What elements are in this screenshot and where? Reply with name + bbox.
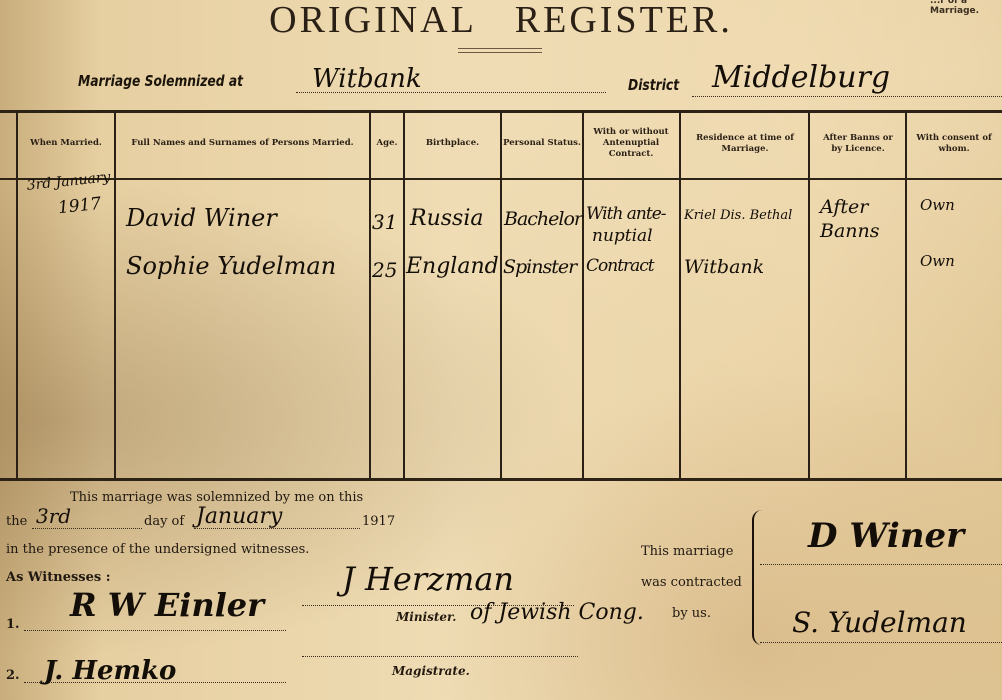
col-divider [16,110,18,480]
contracted-line-1: This marriage [641,544,733,559]
signature-brace [752,510,768,645]
bride-status: Spinster [503,256,576,278]
year-printed: 1917 [362,514,395,529]
col-header-full-names: Full Names and Surnames of Persons Marri… [116,138,369,149]
day-of-label: day of [144,514,184,529]
witness-1-number: 1. [6,617,20,632]
groom-age: 31 [372,210,397,234]
district-value: Middelburg [712,60,890,95]
groom-residence: Kriel Dis. Bethal [684,208,792,223]
groom-signature-line [760,564,1002,565]
banns-line-2: Banns [820,220,880,242]
bride-birthplace: England [406,254,499,279]
col-header-banns-licence: After Banns or by Licence. [818,133,898,155]
bride-age: 25 [372,258,397,282]
groom-birthplace: Russia [410,206,483,231]
col-divider [403,110,405,480]
col-divider [582,110,584,480]
groom-signature: D Winer [808,516,964,556]
witness-2-signature: J. Hemko [44,656,176,686]
col-header-antenuptial: With or without Antenuptial Contract. [588,127,674,160]
solemnized-at-label: Marriage Solemnized at [78,72,243,90]
day-line [32,528,142,529]
contracted-line-3: by us. [672,606,711,621]
contract-line-3: Contract [586,256,654,276]
col-divider [679,110,681,480]
bride-signature: S. Yudelman [792,606,967,639]
col-header-consent: With consent of whom. [912,133,996,155]
banns-line-1: After [820,196,868,218]
witnesses-label: As Witnesses : [6,570,111,585]
contracted-line-2: was contracted [641,575,742,590]
the-label: the [6,514,27,529]
col-divider [500,110,502,480]
solemnized-at-value: Witbank [312,64,422,94]
bride-name: Sophie Yudelman [126,252,336,280]
col-header-personal-status: Personal Status. [502,138,582,149]
day-value: 3rd [36,504,71,528]
col-divider [905,110,907,480]
minister-signature: J Herzman [342,560,514,598]
witness-2-number: 2. [6,668,20,683]
witness-1-line [24,630,286,631]
col-divider [808,110,810,480]
contract-line-1: With ante- [586,204,666,224]
title-underline [458,48,542,53]
when-married-date: 3rd January [26,169,111,194]
magistrate-label: Magistrate. [392,664,470,678]
contract-line-2: nuptial [592,226,653,246]
col-header-birthplace: Birthplace. [405,138,500,149]
district-label: District [628,76,679,94]
title-word-original: ORIGINAL [269,0,477,41]
bride-consent: Own [920,252,955,270]
when-married-year: 1917 [57,194,102,218]
title-word-register: REGISTER. [515,0,733,41]
witness-1-signature: R W Einler [70,586,264,624]
bride-signature-line [760,642,1002,643]
presence-statement: in the presence of the undersigned witne… [6,542,309,557]
bride-residence: Witbank [684,256,764,278]
col-header-age: Age. [371,138,403,149]
col-header-when-married: When Married. [18,138,114,149]
month-value: January [196,504,282,529]
minister-label: Minister. [396,610,456,624]
document-title: ORIGINALREGISTER. [0,0,1002,40]
groom-status: Bachelor [504,208,582,230]
groom-name: David Winer [126,204,277,232]
district-line [692,96,1002,97]
col-divider [369,110,371,480]
solemnized-statement: This marriage was solemnized by me on th… [70,490,363,505]
col-divider [114,110,116,480]
magistrate-line [302,656,578,657]
minister-note: of Jewish Cong. [470,600,644,625]
groom-consent: Own [920,196,955,214]
col-header-residence: Residence at time of Marriage. [690,133,800,155]
